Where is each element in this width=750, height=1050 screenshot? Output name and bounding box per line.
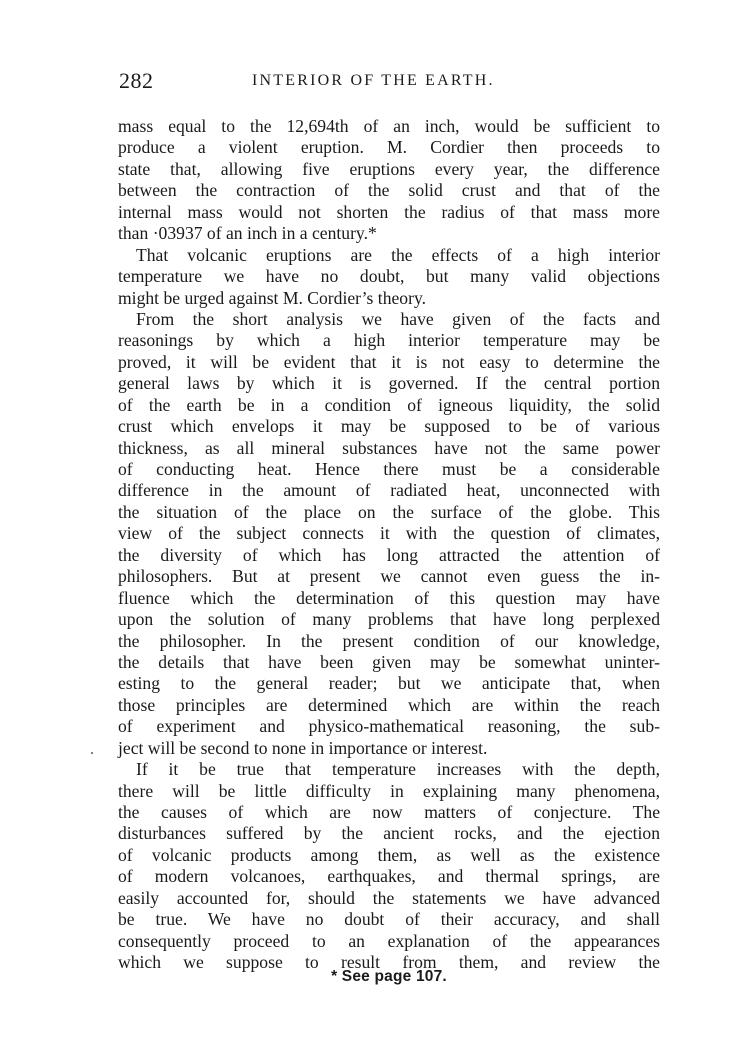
text-line: From the short analysis we have given of… bbox=[118, 309, 660, 330]
text-line: internal mass would not shorten the radi… bbox=[118, 202, 660, 223]
text-line: of experiment and physico-mathematical r… bbox=[118, 716, 660, 737]
text-line: That volcanic eruptions are the effects … bbox=[118, 245, 660, 266]
margin-speck bbox=[91, 752, 93, 754]
text-line: reasonings by which a high interior temp… bbox=[118, 330, 660, 351]
text-line: difference in the amount of radiated hea… bbox=[118, 480, 660, 501]
text-line: the diversity of which has long attracte… bbox=[118, 545, 660, 566]
text-line: might be urged against M. Cordier’s theo… bbox=[118, 288, 660, 309]
text-line: proved, it will be evident that it is no… bbox=[118, 352, 660, 373]
text-line: disturbances suffered by the ancient roc… bbox=[118, 823, 660, 844]
text-line: of volcanic products among them, as well… bbox=[118, 845, 660, 866]
text-line: the situation of the place on the surfac… bbox=[118, 502, 660, 523]
text-line: of modern volcanoes, earthquakes, and th… bbox=[118, 866, 660, 887]
text-line: If it be true that temperature increases… bbox=[118, 759, 660, 780]
text-line: there will be little difficulty in expla… bbox=[118, 781, 660, 802]
text-line: state that, allowing five eruptions ever… bbox=[118, 159, 660, 180]
text-line: general laws by which it is governed. If… bbox=[118, 373, 660, 394]
text-line: esting to the general reader; but we ant… bbox=[118, 673, 660, 694]
page-number: 282 bbox=[119, 68, 154, 94]
footnote: * See page 107. bbox=[118, 968, 660, 986]
text-line: be true. We have no doubt of their accur… bbox=[118, 909, 660, 930]
text-line: crust which envelops it may be supposed … bbox=[118, 416, 660, 437]
text-line: temperature we have no doubt, but many v… bbox=[118, 266, 660, 287]
text-line: view of the subject connects it with the… bbox=[118, 523, 660, 544]
text-line: the details that have been given may be … bbox=[118, 652, 660, 673]
text-line: between the contraction of the solid cru… bbox=[118, 180, 660, 201]
body-text: mass equal to the 12,694th of an inch, w… bbox=[118, 116, 660, 974]
text-line: the philosopher. In the present conditio… bbox=[118, 631, 660, 652]
running-title: INTERIOR OF THE EARTH. bbox=[252, 72, 495, 90]
text-line: the causes of which are now matters of c… bbox=[118, 802, 660, 823]
text-line: those principles are determined which ar… bbox=[118, 695, 660, 716]
text-line: produce a violent eruption. M. Cordier t… bbox=[118, 137, 660, 158]
text-line: mass equal to the 12,694th of an inch, w… bbox=[118, 116, 660, 137]
text-line: consequently proceed to an explanation o… bbox=[118, 931, 660, 952]
text-line: of conducting heat. Hence there must be … bbox=[118, 459, 660, 480]
text-line: philosophers. But at present we cannot e… bbox=[118, 566, 660, 587]
text-line: ject will be second to none in importanc… bbox=[118, 738, 660, 759]
book-page: 282 INTERIOR OF THE EARTH. mass equal to… bbox=[118, 62, 660, 974]
text-line: than ·03937 of an inch in a century.* bbox=[118, 223, 660, 244]
running-head: 282 INTERIOR OF THE EARTH. bbox=[118, 62, 660, 98]
text-line: thickness, as all mineral substances hav… bbox=[118, 438, 660, 459]
text-line: fluence which the determination of this … bbox=[118, 588, 660, 609]
text-line: easily accounted for, should the stateme… bbox=[118, 888, 660, 909]
text-line: upon the solution of many problems that … bbox=[118, 609, 660, 630]
text-line: of the earth be in a condition of igneou… bbox=[118, 395, 660, 416]
